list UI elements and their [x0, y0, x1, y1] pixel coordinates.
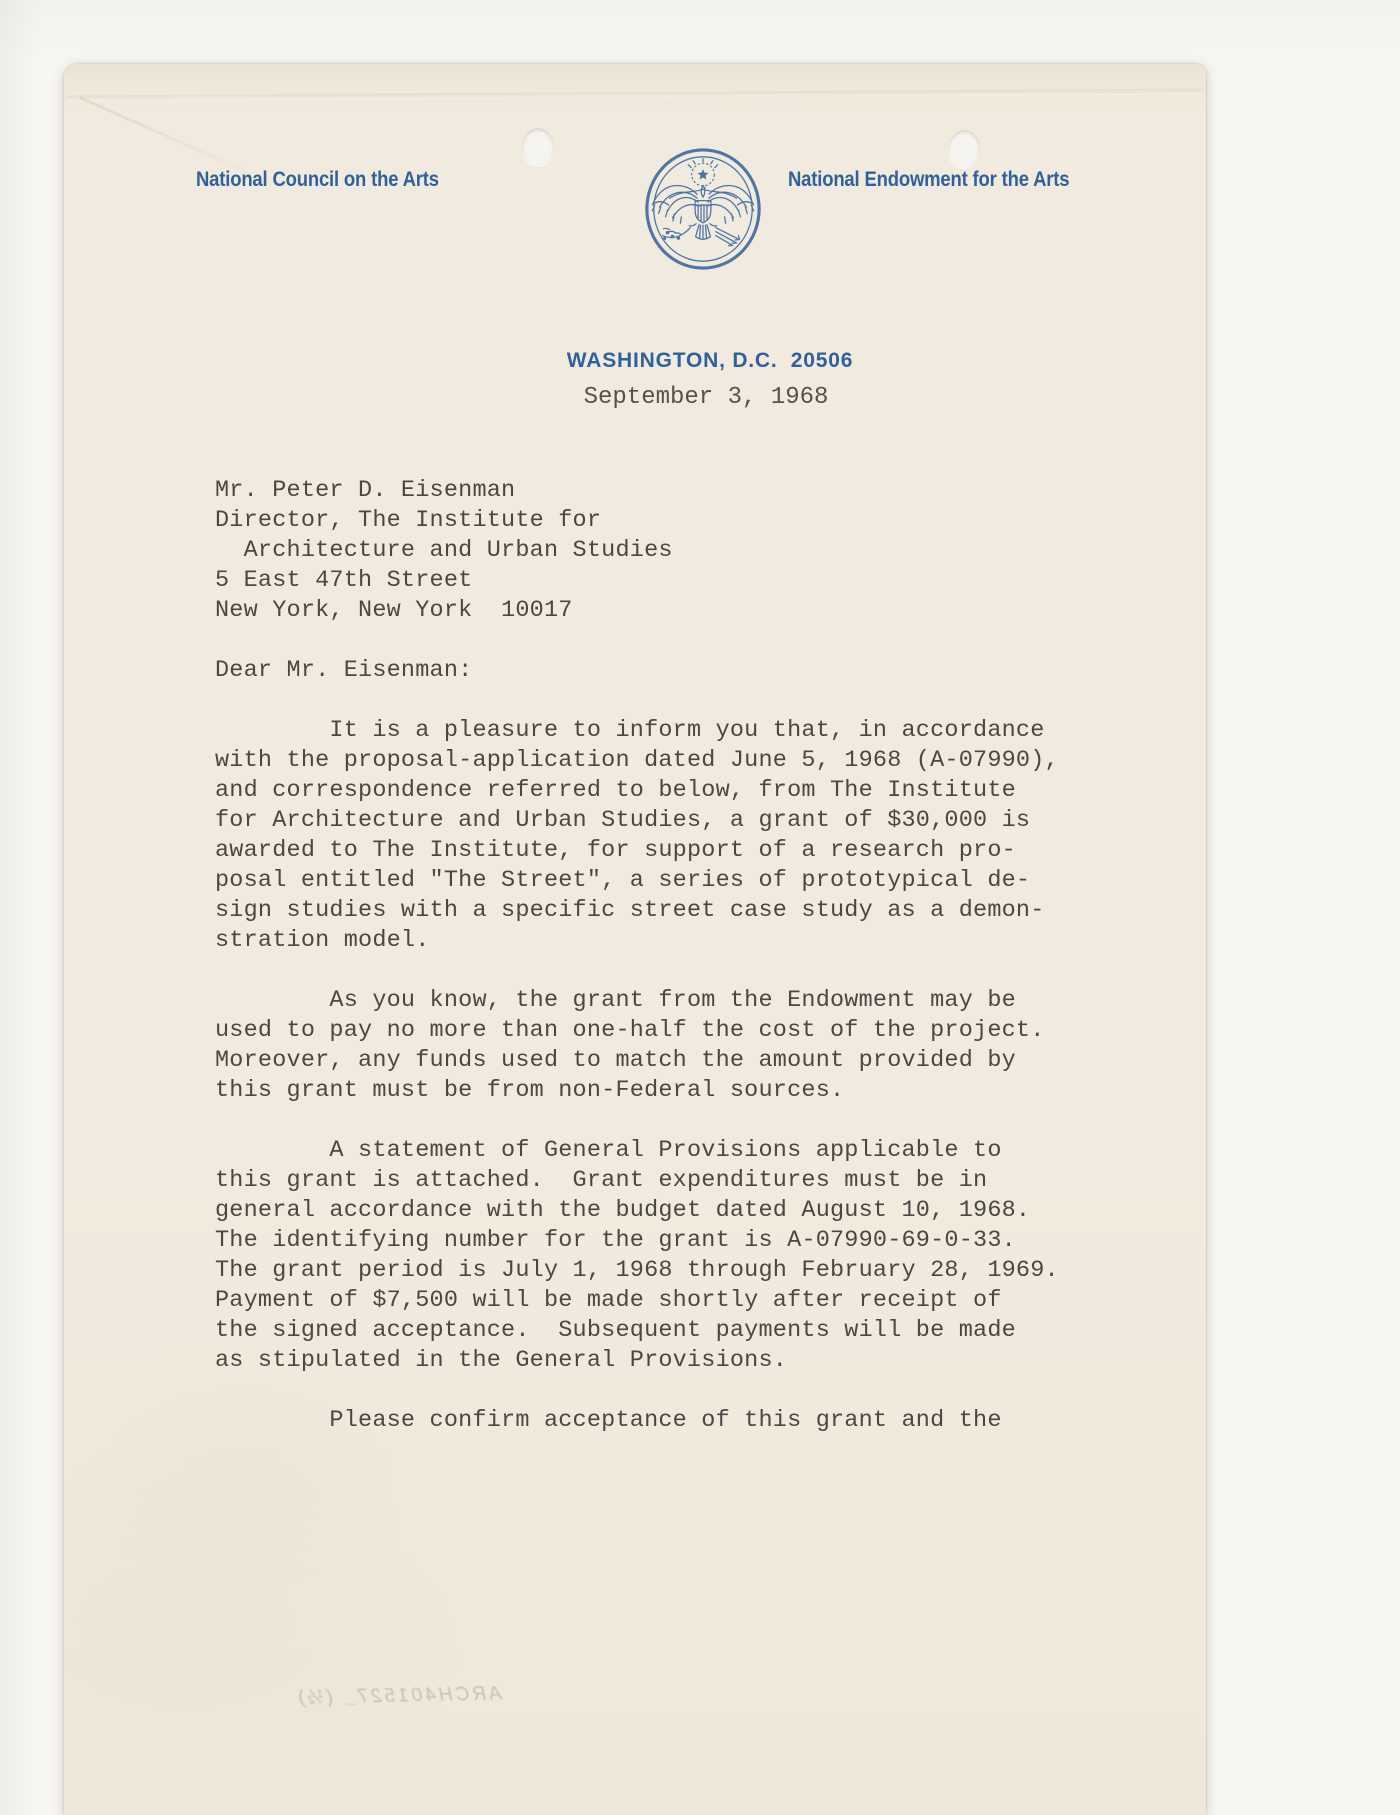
- punch-hole-left: [522, 128, 554, 166]
- body-paragraph-3: A statement of General Provisions applic…: [215, 1136, 1059, 1376]
- letter-date: September 3, 1968: [520, 384, 892, 411]
- letterhead-left-org: National Council on the Arts: [196, 168, 439, 192]
- great-seal-icon: [641, 145, 765, 273]
- recipient-address-block: Mr. Peter D. Eisenman Director, The Inst…: [215, 476, 673, 626]
- ink-bleedthrough-note: ARCH401527_ (½): [252, 1683, 503, 1724]
- scan-background: National Council on the Arts National En…: [0, 0, 1400, 1815]
- body-paragraph-1: It is a pleasure to inform you that, in …: [215, 716, 1059, 956]
- body-paragraph-4: Please confirm acceptance of this grant …: [215, 1406, 1002, 1436]
- letterhead-city-line: WASHINGTON, D.C. 20506: [520, 349, 900, 373]
- letterhead-right-org: National Endowment for the Arts: [788, 168, 1069, 192]
- salutation: Dear Mr. Eisenman:: [215, 656, 472, 686]
- body-paragraph-2: As you know, the grant from the Endowmen…: [215, 986, 1045, 1106]
